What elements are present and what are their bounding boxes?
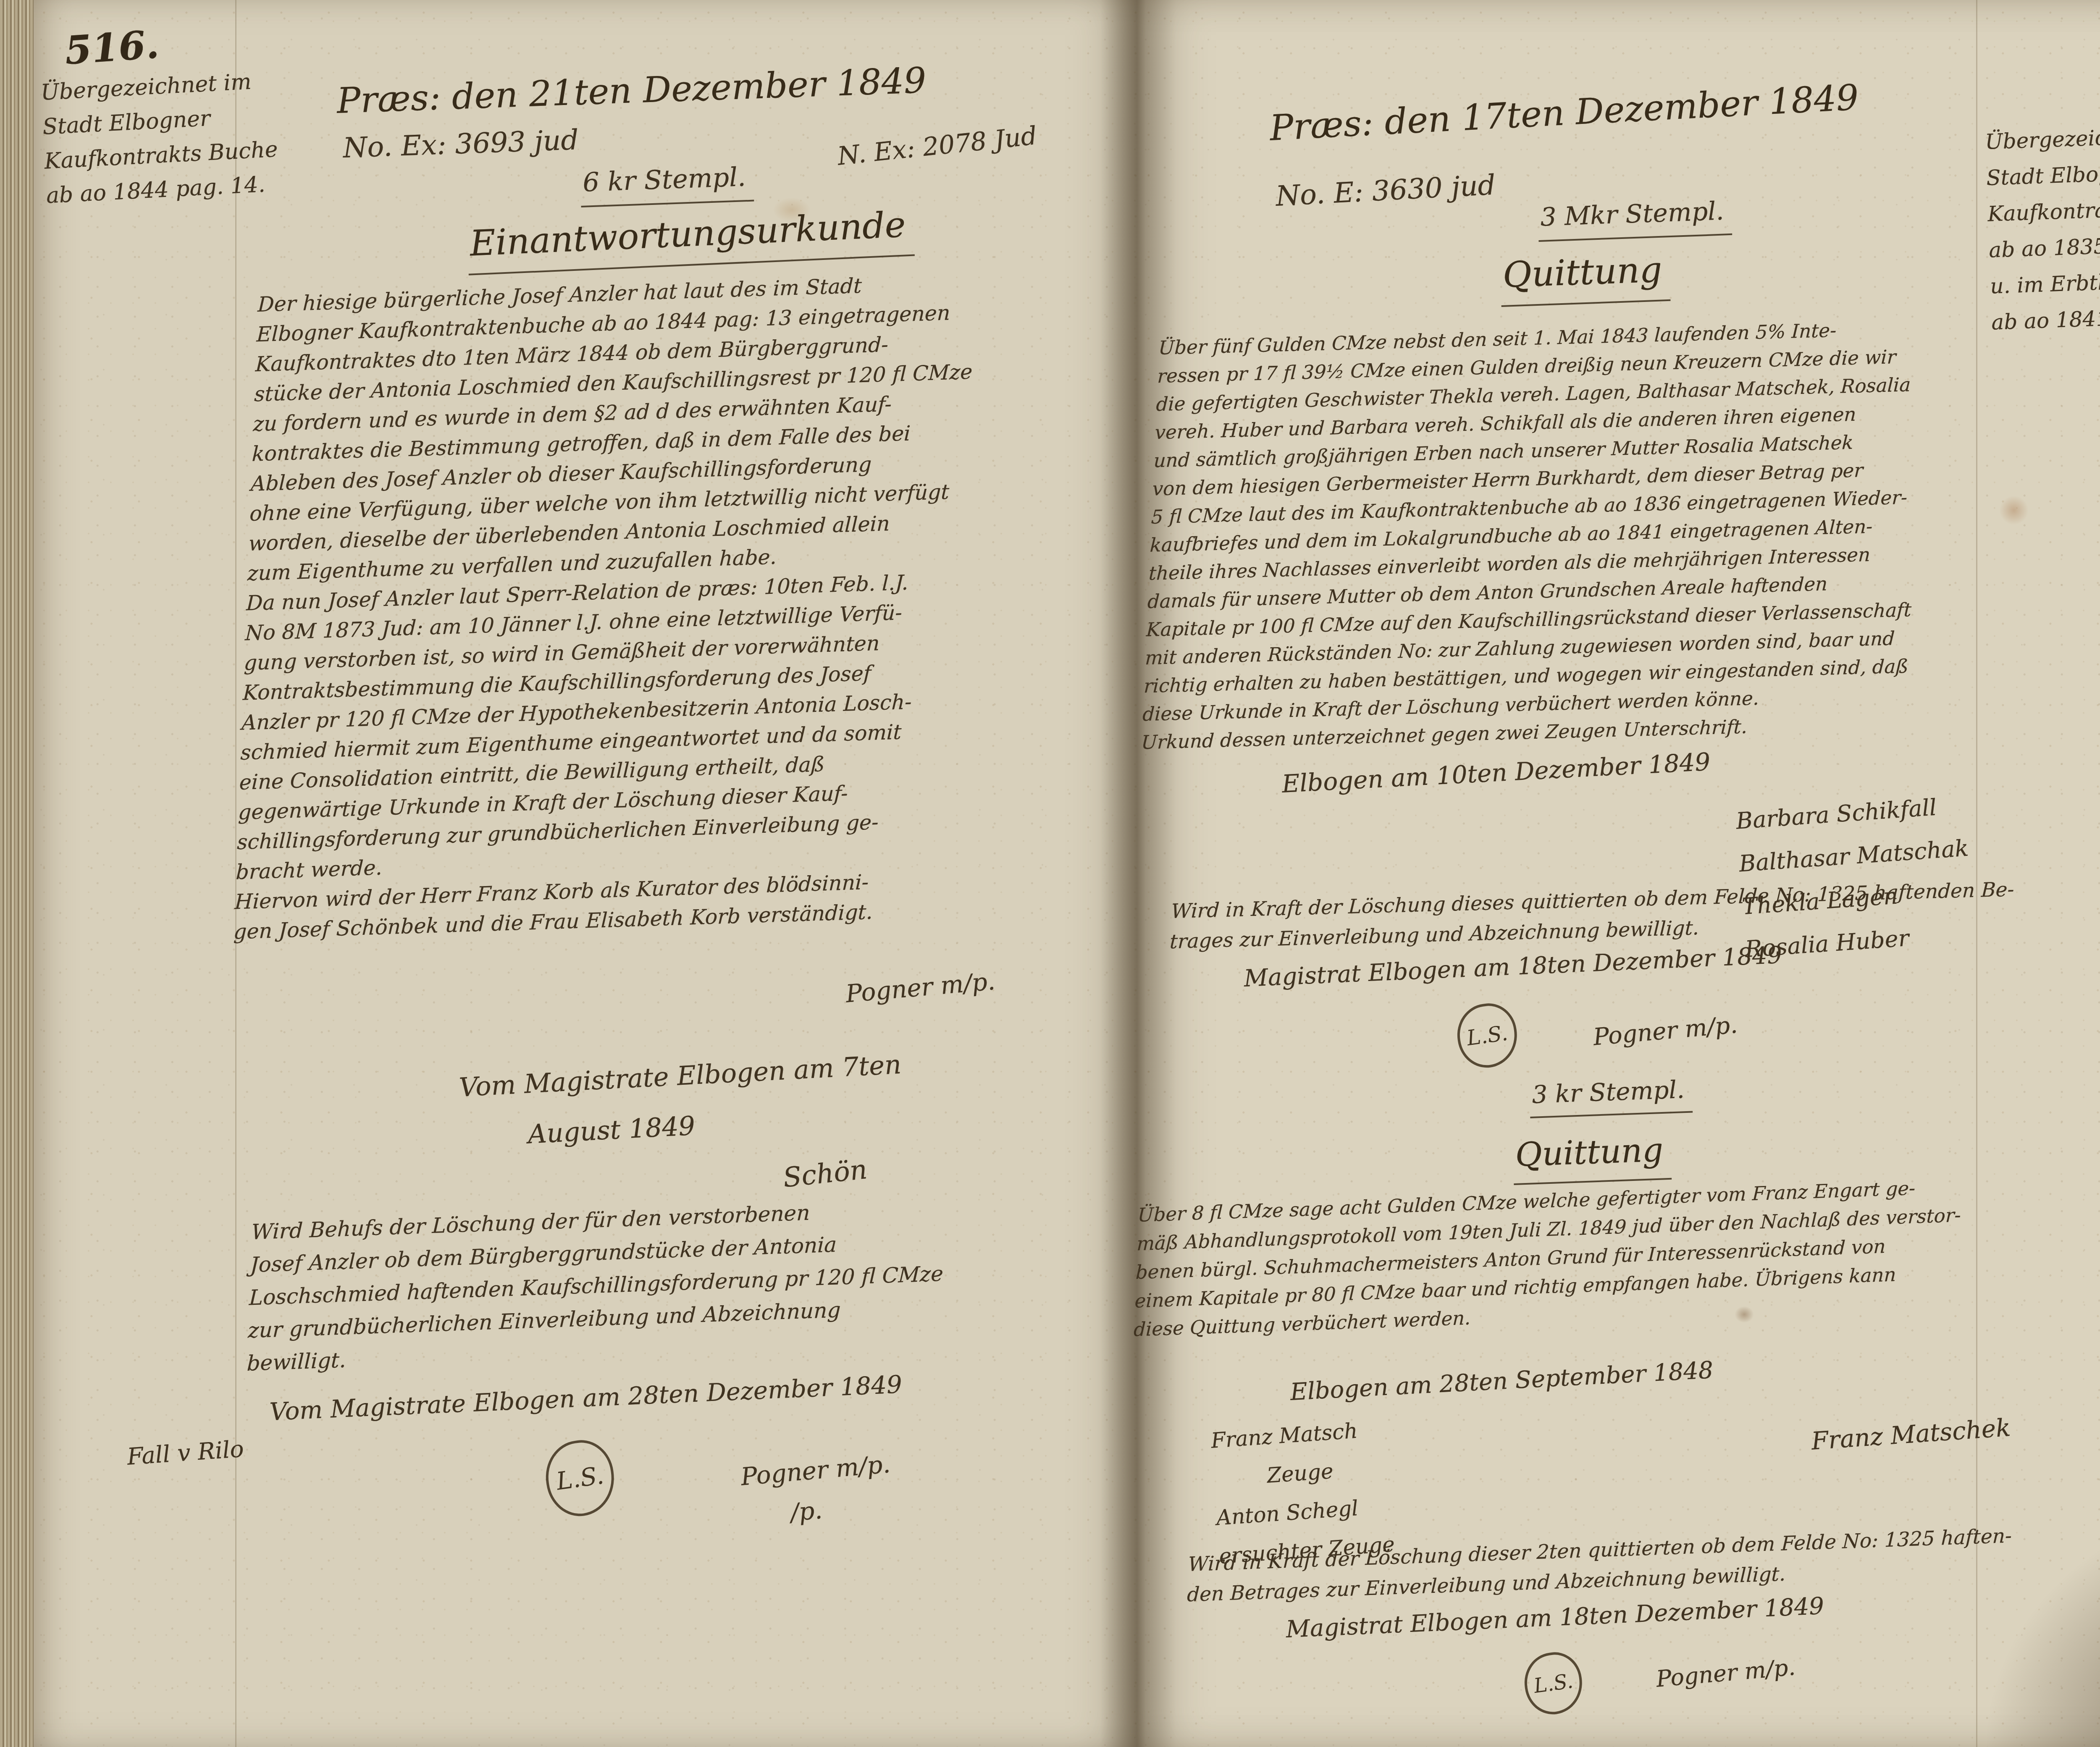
- bottom-right-shadow: [1982, 1495, 2100, 1747]
- seal-label: L.S.: [1532, 1669, 1574, 1697]
- seal-label: L.S.: [1465, 1020, 1509, 1050]
- decree-left: Wird Behufs der Löschung der für den ver…: [246, 1185, 1133, 1380]
- right-margin-rule: [1976, 0, 1977, 1747]
- quittung-title-1: Quittung: [1499, 244, 1671, 307]
- margin-note-right: Übergezeichnet im Stadt Elbogner Kaufkon…: [1984, 115, 2100, 341]
- book-gutter-shadow: [1100, 0, 1176, 1747]
- left-page-stack-edge: [0, 0, 34, 1747]
- body-text-left: Der hiesige bürgerliche Josef Anzler hat…: [233, 262, 1131, 947]
- stamp-note-right-1: 3 Mkr Stempl.: [1537, 193, 1732, 242]
- file-number-left: No. Ex: 3693 jud: [342, 120, 579, 168]
- manuscript-book-spread: 516. Übergezeichnet im Stadt Elbogner Ka…: [0, 0, 2100, 1747]
- stamp-note-right-2: 3 kr Stempl.: [1529, 1071, 1693, 1118]
- quittung-title-2: Quittung: [1512, 1126, 1672, 1185]
- margin-note-left: Übergezeichnet im Stadt Elbogner Kaufkon…: [40, 60, 341, 213]
- body-text-quittung-1: Über fünf Gulden CMze nebst den seit 1. …: [1141, 307, 2100, 757]
- signature-pogner-left-2: Pogner m/p. /p.: [739, 1444, 895, 1537]
- stamp-note-left: 6 kr Stempl.: [580, 158, 754, 207]
- seal-label: L.S.: [554, 1461, 605, 1495]
